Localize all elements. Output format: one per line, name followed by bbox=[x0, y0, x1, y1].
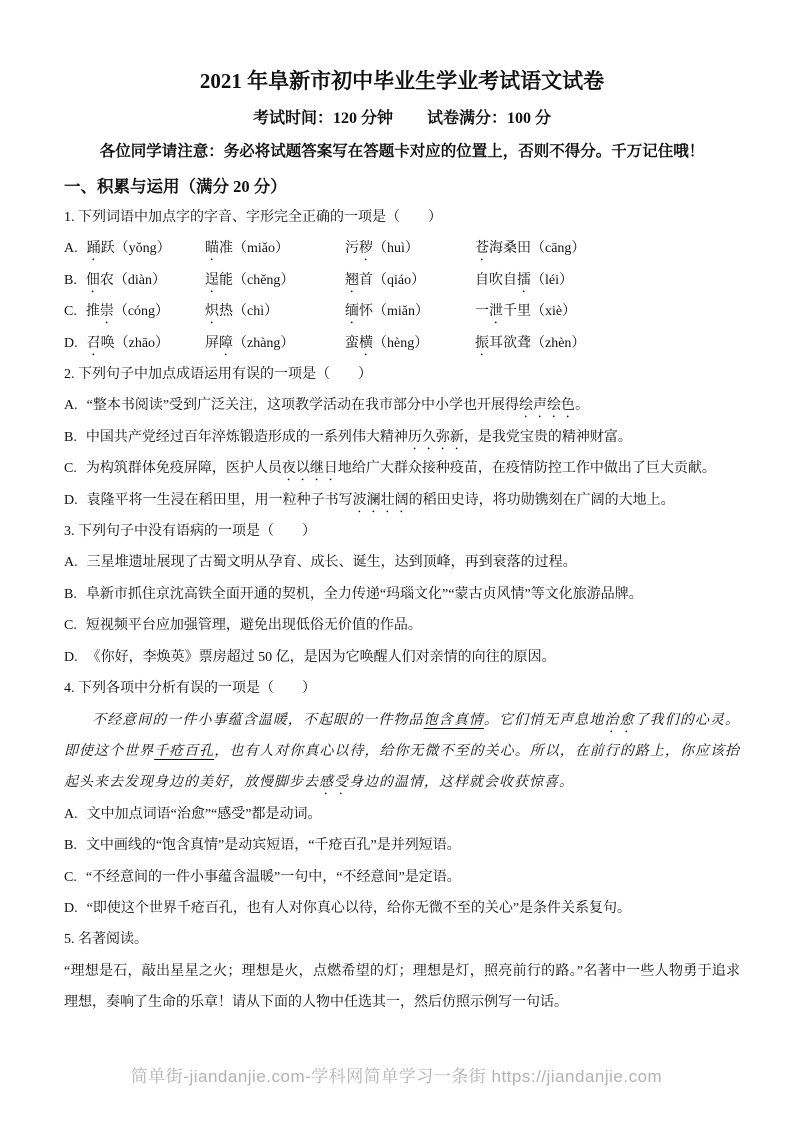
seg-dotted: 感受 bbox=[319, 775, 349, 790]
question-3: 3. 下列句子中没有语病的一项是（ ） A.三星堆遗址展现了古蜀文明从孕育、成长… bbox=[64, 516, 740, 673]
q1-cell: 振耳欲聋（zhèn） bbox=[475, 328, 740, 359]
q1-cell: D.召唤（zhāo） bbox=[64, 328, 205, 359]
question-4: 4. 下列各项中分析有误的一项是（ ） 不经意间的一件小事蕴含温暖，不起眼的一件… bbox=[64, 673, 740, 924]
q1-cell: 蛮横（hèng） bbox=[345, 328, 475, 359]
q1-cell: 屏障（zhàng） bbox=[205, 328, 345, 359]
seg: 自吹自 bbox=[475, 273, 517, 288]
seg-dotted: 历久弥新 bbox=[408, 430, 464, 445]
exam-content: 2021 年阜新市初中毕业生学业考试语文试卷 考试时间：120 分钟 试卷满分：… bbox=[0, 0, 793, 1019]
seg: （léi） bbox=[531, 273, 573, 288]
seg: 农（diàn） bbox=[100, 273, 166, 288]
seg-dotted: 召 bbox=[87, 336, 101, 351]
q1-cell: 缅怀（miǎn） bbox=[345, 296, 475, 327]
seg: “即使这个世界千疮百孔，也有人对你真心以待，给你无微不至的关心”是条件关系复句。 bbox=[87, 901, 631, 916]
seg: 蛮 bbox=[345, 336, 359, 351]
seg-dotted: 炽 bbox=[205, 304, 219, 319]
seg-dotted: 缅 bbox=[345, 304, 359, 319]
q1-cell: A.踊跃（yǒng） bbox=[64, 233, 205, 264]
opt-label: C. bbox=[64, 618, 77, 633]
q3-option-b: B.阜新市抓住京沈高铁全面开通的契机，全力传递“玛瑙文化”“蒙古贞风情”等文化旅… bbox=[64, 579, 740, 610]
question-5: 5. 名著阅读。 “理想是石，敲出星星之火；理想是火，点燃希望的灯；理想是灯，照… bbox=[64, 924, 740, 1018]
q3-option-a: A.三星堆遗址展现了古蜀文明从孕育、成长、诞生，达到顶峰，再到衰落的过程。 bbox=[64, 547, 740, 578]
seg-underlined: 千疮百孔 bbox=[154, 744, 214, 759]
seg-dotted: 横 bbox=[359, 336, 373, 351]
seg-dotted: 擂 bbox=[517, 273, 531, 288]
seg: 袁隆平将一生浸在稻田里，用一粒种子书写 bbox=[87, 493, 353, 508]
seg: 首（qiáo） bbox=[359, 273, 425, 288]
seg-dotted: 泄 bbox=[489, 304, 503, 319]
seg: 短视频平台应加强管理，避免出现低俗无价值的作品。 bbox=[86, 618, 422, 633]
q1-cell: 翘首（qiáo） bbox=[345, 265, 475, 296]
seg-dotted: 振 bbox=[475, 336, 489, 351]
seg-dotted: 夜以继日 bbox=[282, 461, 338, 476]
exam-full-score: 试卷满分：100 分 bbox=[427, 104, 551, 134]
opt-label: A. bbox=[64, 555, 78, 570]
q2-option-a: A.“整本书阅读”受到广泛关注，这项教学活动在我市部分中小学也开展得绘声绘色。 bbox=[64, 390, 740, 421]
seg: 中国共产党经过百年淬炼锻造形成的一系列伟大精神 bbox=[86, 430, 408, 445]
q1-cell: C.推崇（cóng） bbox=[64, 296, 205, 327]
q4-option-b: B.文中画线的“饱含真情”是动宾短语，“千疮百孔”是并列短语。 bbox=[64, 830, 740, 861]
seg: 阜新市抓住京沈高铁全面开通的契机，全力传递“玛瑙文化”“蒙古贞风情”等文化旅游品… bbox=[86, 587, 643, 602]
seg: 不经意间的一件小事蕴含温暖，不起眼的一件物品 bbox=[92, 713, 424, 728]
q1-row-d: D.召唤（zhāo） 屏障（zhàng） 蛮横（hèng） 振耳欲聋（zhèn） bbox=[64, 328, 740, 359]
seg-dotted: 绘声绘色 bbox=[519, 398, 575, 413]
q4-option-d: D.“即使这个世界千疮百孔，也有人对你真心以待，给你无微不至的关心”是条件关系复… bbox=[64, 893, 740, 924]
q1-row-a: A.踊跃（yǒng） 瞄准（miǎo） 污秽（huì） 苍海桑田（cāng） bbox=[64, 233, 740, 264]
seg: 。 bbox=[575, 398, 589, 413]
seg: ，是我党宝贵的精神财富。 bbox=[464, 430, 632, 445]
seg: “不经意间的一件小事蕴含温暖”一句中，“不经意间”是定语。 bbox=[86, 870, 461, 885]
seg-dotted: 佃 bbox=[86, 273, 100, 288]
q2-option-d: D.袁隆平将一生浸在稻田里，用一粒种子书写波澜壮阔的稻田史诗，将功勋镌刻在广阔的… bbox=[64, 485, 740, 516]
seg: 跃（yǒng） bbox=[101, 241, 171, 256]
q1-cell: 自吹自擂（léi） bbox=[475, 265, 740, 296]
seg: 海桑田（cāng） bbox=[489, 241, 585, 256]
seg-dotted: 障 bbox=[219, 336, 233, 351]
q2-stem: 2. 下列句子中加点成语运用有误的一项是（ ） bbox=[64, 359, 740, 390]
seg: 怀（miǎn） bbox=[359, 304, 429, 319]
seg: 。它们悄无声息地 bbox=[484, 713, 605, 728]
seg-dotted: 踊 bbox=[87, 241, 101, 256]
seg: “整本书阅读”受到广泛关注，这项教学活动在我市部分中小学也开展得 bbox=[87, 398, 519, 413]
seg: 《你好，李焕英》票房超过 50 亿，是因为它唤醒人们对亲情的向往的原因。 bbox=[87, 650, 556, 665]
q4-option-a: A.文中加点词语“治愈”“感受”都是动词。 bbox=[64, 799, 740, 830]
q5-stem: 5. 名著阅读。 bbox=[64, 924, 740, 955]
seg-dotted: 治愈 bbox=[604, 713, 634, 728]
seg: 三星堆遗址展现了古蜀文明从孕育、成长、诞生，达到顶峰，再到衰落的过程。 bbox=[87, 555, 577, 570]
q1-row-b: B.佃农（diàn） 逞能（chěng） 翘首（qiáo） 自吹自擂（léi） bbox=[64, 265, 740, 296]
opt-label: D. bbox=[64, 336, 78, 351]
opt-label: D. bbox=[64, 650, 78, 665]
opt-label: C. bbox=[64, 870, 77, 885]
seg: 身边的温情，这样就会收获惊喜。 bbox=[349, 775, 574, 790]
q1-cell: B.佃农（diàn） bbox=[64, 265, 205, 296]
q3-option-d: D.《你好，李焕英》票房超过 50 亿，是因为它唤醒人们对亲情的向往的原因。 bbox=[64, 642, 740, 673]
seg-dotted: 苍 bbox=[475, 241, 489, 256]
exam-time: 考试时间：120 分钟 bbox=[253, 104, 393, 134]
q2-option-b: B.中国共产党经过百年淬炼锻造形成的一系列伟大精神历久弥新，是我党宝贵的精神财富… bbox=[64, 422, 740, 453]
seg: （zhàng） bbox=[233, 336, 294, 351]
q1-stem: 1. 下列词语中加点字的字音、字形完全正确的一项是（ ） bbox=[64, 202, 740, 233]
q3-option-c: C.短视频平台应加强管理，避免出现低俗无价值的作品。 bbox=[64, 610, 740, 641]
q3-stem: 3. 下列句子中没有语病的一项是（ ） bbox=[64, 516, 740, 547]
watermark-footer: 简单街-jiandanjie.com-学科网简单学习一条街 https://ji… bbox=[0, 1062, 793, 1087]
seg-underlined: 饱含真情 bbox=[424, 713, 484, 728]
opt-label: C. bbox=[64, 461, 77, 476]
q2-option-c: C.为构筑群体免疫屏障，医护人员夜以继日地给广大群众接种疫苗，在疫情防控工作中做… bbox=[64, 453, 740, 484]
seg: 推 bbox=[86, 304, 100, 319]
q1-cell: 瞄准（miǎo） bbox=[205, 233, 345, 264]
seg: 文中画线的“饱含真情”是动宾短语，“千疮百孔”是并列短语。 bbox=[86, 838, 461, 853]
exam-paper-page: 2021 年阜新市初中毕业生学业考试语文试卷 考试时间：120 分钟 试卷满分：… bbox=[0, 0, 793, 1122]
seg: 地给广大群众接种疫苗，在疫情防控工作中做出了巨大贡献。 bbox=[338, 461, 716, 476]
question-1: 1. 下列词语中加点字的字音、字形完全正确的一项是（ ） A.踊跃（yǒng） … bbox=[64, 202, 740, 359]
seg: 污 bbox=[345, 241, 359, 256]
seg: 准（miǎo） bbox=[219, 241, 289, 256]
opt-label: D. bbox=[64, 901, 78, 916]
page-title: 2021 年阜新市初中毕业生学业考试语文试卷 bbox=[64, 66, 740, 96]
q1-cell: 一泄千里（xiè） bbox=[475, 296, 740, 327]
seg: 唤（zhāo） bbox=[101, 336, 169, 351]
exam-meta: 考试时间：120 分钟 试卷满分：100 分 bbox=[64, 104, 740, 134]
section-heading: 一、积累与运用（满分 20 分） bbox=[64, 172, 740, 202]
seg-dotted: 波澜壮阔 bbox=[353, 493, 409, 508]
seg: 能（chěng） bbox=[219, 273, 294, 288]
opt-label: B. bbox=[64, 273, 77, 288]
opt-label: D. bbox=[64, 493, 78, 508]
q4-passage: 不经意间的一件小事蕴含温暖，不起眼的一件物品饱含真情。它们悄无声息地治愈了我们的… bbox=[64, 705, 740, 799]
seg: 屏 bbox=[205, 336, 219, 351]
seg: （cóng） bbox=[114, 304, 169, 319]
opt-label: C. bbox=[64, 304, 77, 319]
seg: 文中加点词语“治愈”“感受”都是动词。 bbox=[87, 807, 322, 822]
seg-dotted: 逞 bbox=[205, 273, 219, 288]
seg: 热（chì） bbox=[219, 304, 278, 319]
seg-dotted: 秽 bbox=[359, 241, 373, 256]
q1-cell: 炽热（chì） bbox=[205, 296, 345, 327]
seg-dotted: 瞄 bbox=[205, 241, 219, 256]
q4-option-c: C.“不经意间的一件小事蕴含温暖”一句中，“不经意间”是定语。 bbox=[64, 862, 740, 893]
q1-cell: 苍海桑田（cāng） bbox=[475, 233, 740, 264]
opt-label: B. bbox=[64, 838, 77, 853]
seg: 的稻田史诗，将功勋镌刻在广阔的大地上。 bbox=[409, 493, 675, 508]
seg: （hèng） bbox=[373, 336, 428, 351]
seg: 一 bbox=[475, 304, 489, 319]
seg: 耳欲聋（zhèn） bbox=[489, 336, 585, 351]
q4-stem: 4. 下列各项中分析有误的一项是（ ） bbox=[64, 673, 740, 704]
q1-row-c: C.推崇（cóng） 炽热（chì） 缅怀（miǎn） 一泄千里（xiè） bbox=[64, 296, 740, 327]
opt-label: A. bbox=[64, 807, 78, 822]
seg: 千里（xiè） bbox=[503, 304, 576, 319]
question-2: 2. 下列句子中加点成语运用有误的一项是（ ） A.“整本书阅读”受到广泛关注，… bbox=[64, 359, 740, 516]
opt-label: A. bbox=[64, 241, 78, 256]
q1-cell: 污秽（huì） bbox=[345, 233, 475, 264]
exam-notice: 各位同学请注意：务必将试题答案写在答题卡对应的位置上，否则不得分。千万记住哦！ bbox=[64, 137, 740, 167]
opt-label: B. bbox=[64, 430, 77, 445]
q1-cell: 逞能（chěng） bbox=[205, 265, 345, 296]
seg-dotted: 翘 bbox=[345, 273, 359, 288]
seg: （huì） bbox=[373, 241, 419, 256]
q5-text: “理想是石，敲出星星之火；理想是火，点燃希望的灯；理想是灯，照亮前行的路。”名著… bbox=[64, 956, 740, 1019]
seg-dotted: 崇 bbox=[100, 304, 114, 319]
seg: 为构筑群体免疫屏障，医护人员 bbox=[86, 461, 282, 476]
opt-label: B. bbox=[64, 587, 77, 602]
opt-label: A. bbox=[64, 398, 78, 413]
